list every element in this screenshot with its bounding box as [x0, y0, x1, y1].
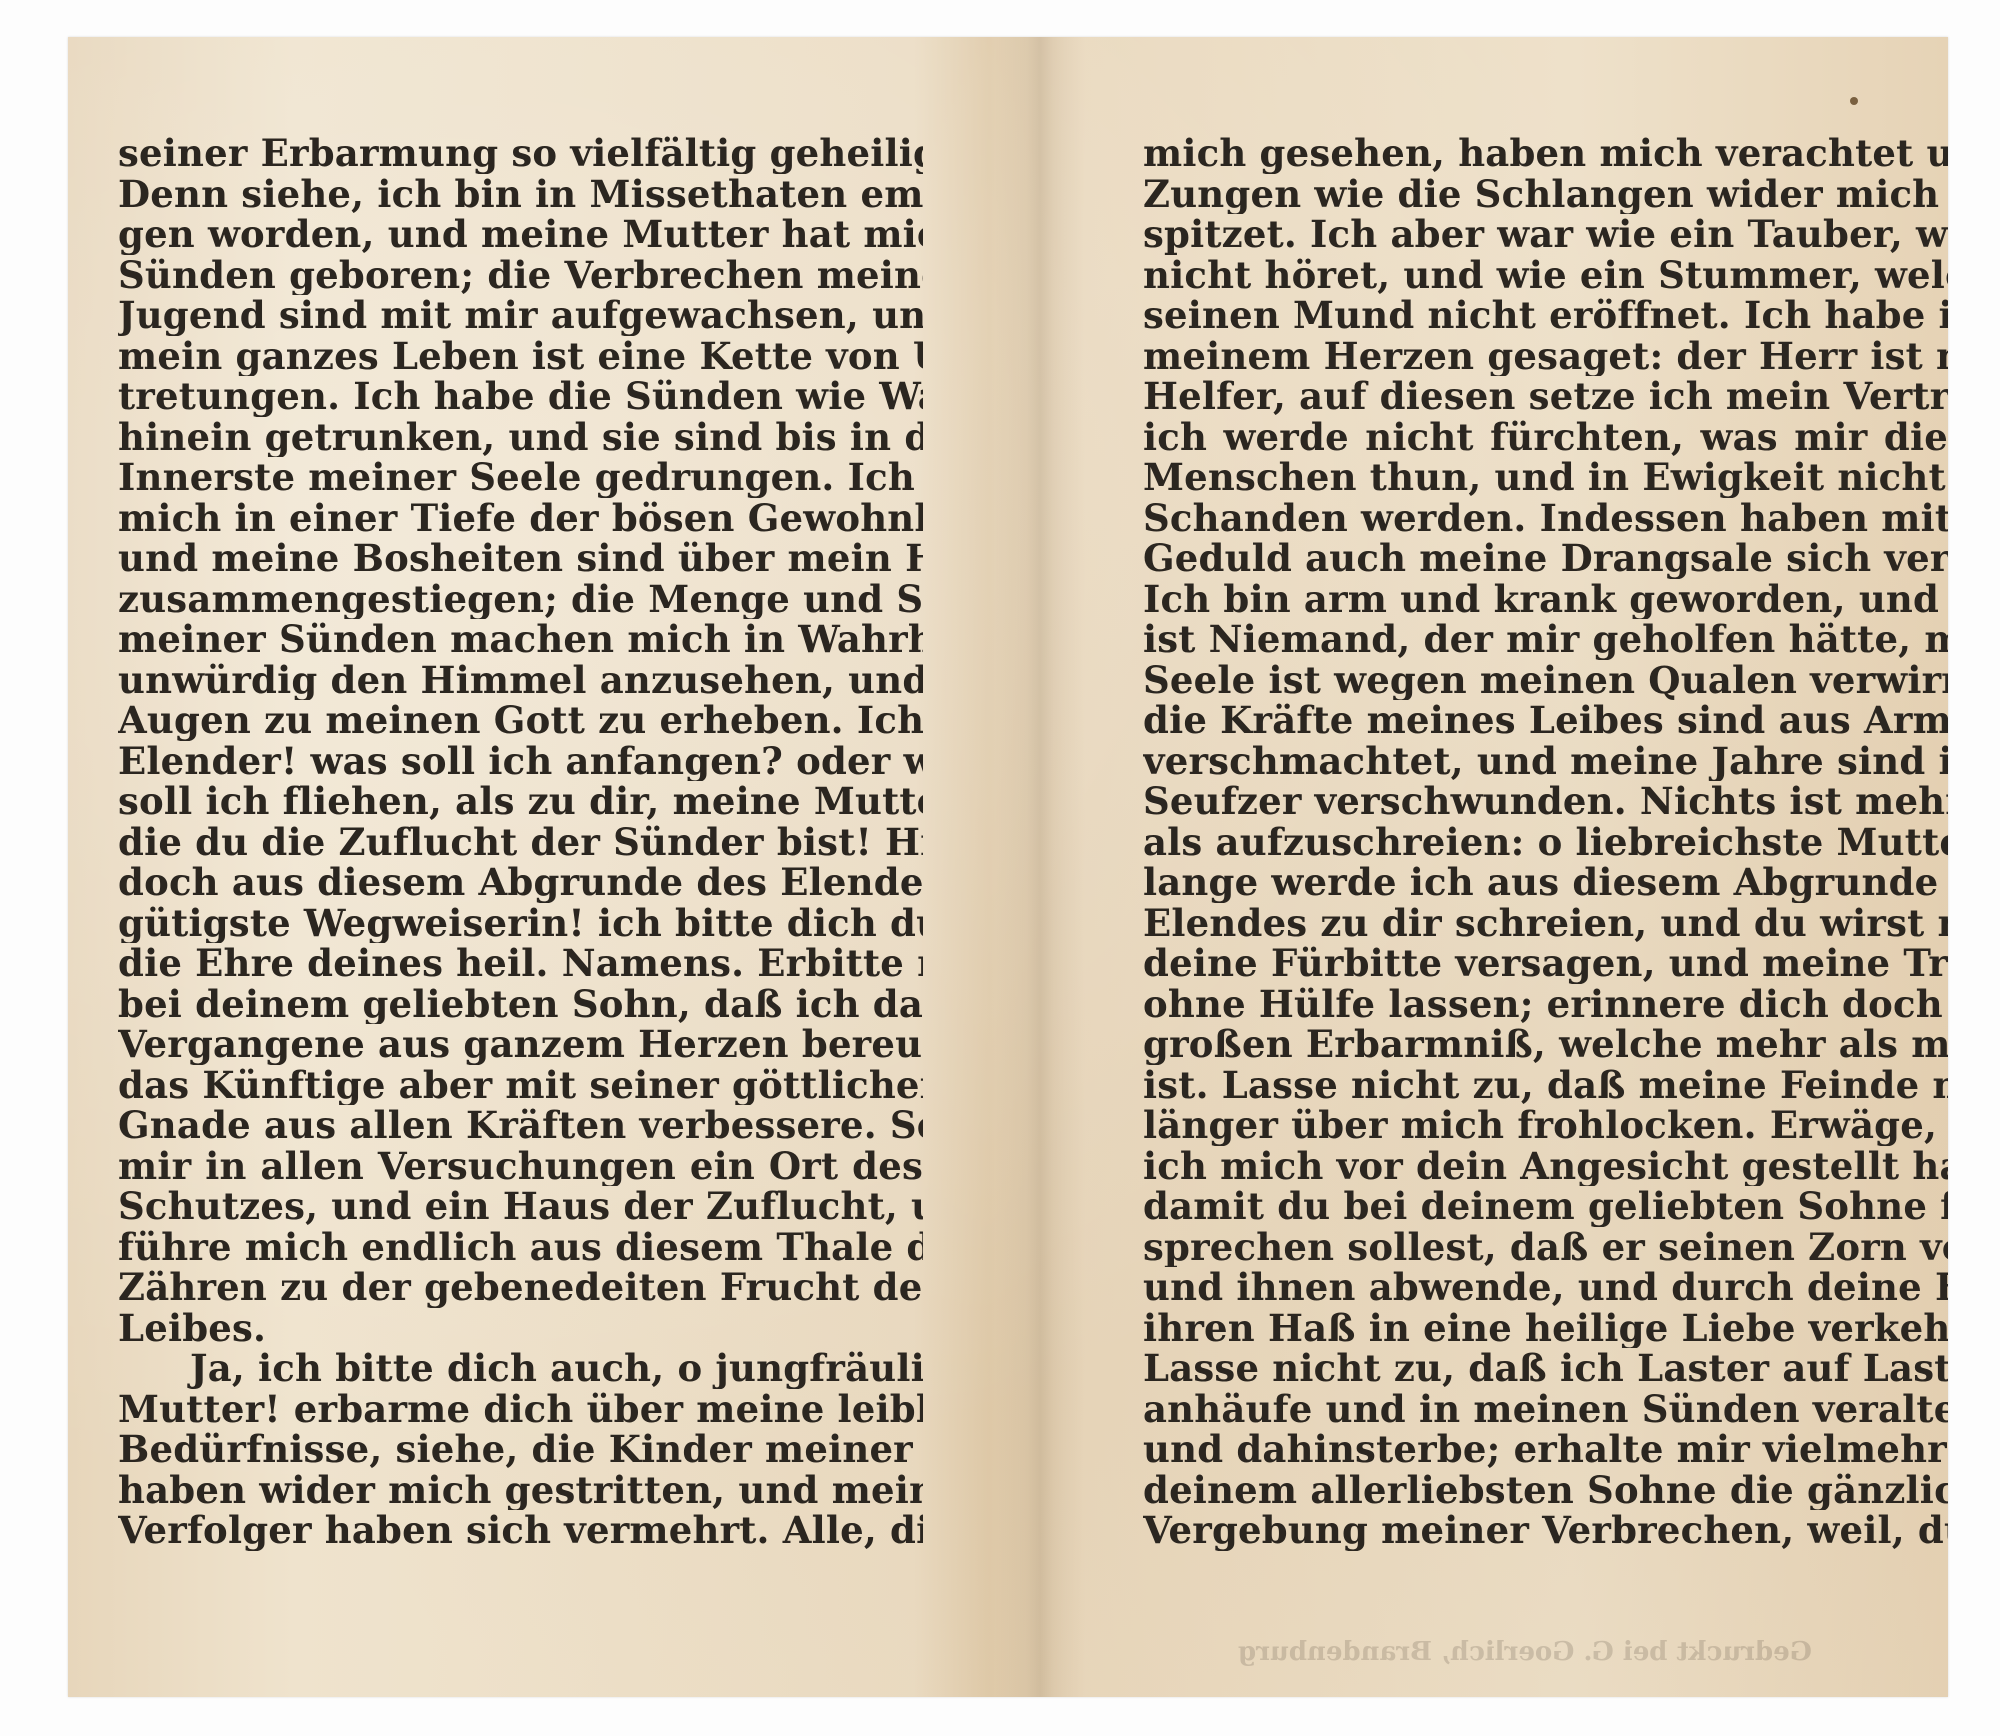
text-line: Ich bin arm und krank geworden, und es	[1143, 579, 1948, 620]
text-line: länger über mich frohlocken. Erwäge, daß	[1143, 1105, 1948, 1146]
text-line: mich in einer Tiefe der bösen Gewohnheit…	[118, 498, 923, 539]
text-line: ich werde nicht fürchten, was mir die	[1143, 417, 1948, 458]
text-line: Seele ist wegen meinen Qualen verwirret,	[1143, 660, 1948, 701]
text-line: ich mich vor dein Angesicht gestellt hab…	[1143, 1146, 1948, 1187]
text-line: tretungen. Ich habe die Sünden wie Wasse…	[118, 376, 923, 417]
text-line: und dahinsterbe; erhalte mir vielmehr be…	[1143, 1429, 1948, 1470]
text-line: ist. Lasse nicht zu, daß meine Feinde no…	[1143, 1065, 1948, 1106]
text-line: bei deinem geliebten Sohn, daß ich das	[118, 984, 923, 1025]
text-line: sprechen sollest, daß er seinen Zorn von…	[1143, 1227, 1948, 1268]
text-line: deinem allerliebsten Sohne die gänzliche	[1143, 1470, 1948, 1511]
text-line: großen Erbarmniß, welche mehr als mütter…	[1143, 1024, 1948, 1065]
text-line: Zungen wie die Schlangen wider mich ge=	[1143, 174, 1948, 215]
text-line: die Kräfte meines Leibes sind aus Armuth	[1143, 700, 1948, 741]
text-line: haben wider mich gestritten, und meine	[118, 1470, 923, 1511]
text-line: seiner Erbarmung so vielfältig geheiligt…	[118, 133, 923, 174]
text-line: Mutter! erbarme dich über meine leiblich…	[118, 1389, 923, 1430]
scanned-document-sheet: seiner Erbarmung so vielfältig geheiligt…	[68, 37, 1948, 1697]
text-line: mir in allen Versuchungen ein Ort des	[118, 1146, 923, 1187]
text-line: ohne Hülfe lassen; erinnere dich doch de…	[1143, 984, 1948, 1025]
text-line: Vergangene aus ganzem Herzen bereue,	[118, 1024, 923, 1065]
ink-spot	[1850, 97, 1858, 105]
text-line: Elendes zu dir schreien, und du wirst mi…	[1143, 903, 1948, 944]
text-line: Leibes.	[118, 1308, 923, 1349]
text-line: Schutzes, und ein Haus der Zuflucht, und	[118, 1186, 923, 1227]
text-line: Denn siehe, ich bin in Missethaten empfa…	[118, 174, 923, 215]
text-line: doch aus diesem Abgrunde des Elendes, o	[118, 862, 923, 903]
show-through-imprint: Gedruckt bei G. Goerlich, Brandenburg	[1238, 1637, 1812, 1667]
text-line: damit du bei deinem geliebten Sohne für=	[1143, 1186, 1948, 1227]
text-line: gen worden, und meine Mutter hat mich in	[118, 214, 923, 255]
text-line: mich gesehen, haben mich verachtet und i…	[1143, 133, 1948, 174]
text-line: Bedürfnisse, siehe, die Kinder meiner Mu…	[118, 1429, 923, 1470]
text-line: Vergebung meiner Verbrechen, weil, du di…	[1143, 1510, 1948, 1551]
text-line: Sünden geboren; die Verbrechen meiner	[118, 255, 923, 296]
text-line: Geduld auch meine Drangsale sich vermehr…	[1143, 538, 1948, 579]
text-line: verschmachtet, und meine Jahre sind in	[1143, 741, 1948, 782]
text-line: nicht höret, und wie ein Stummer, welche…	[1143, 255, 1948, 296]
text-line: ihren Haß in eine heilige Liebe verkehre…	[1143, 1308, 1948, 1349]
text-line: Zähren zu der gebenedeiten Frucht deines	[118, 1267, 923, 1308]
text-line: zusammengestiegen; die Menge und Schwere	[118, 579, 923, 620]
text-line: spitzet. Ich aber war wie ein Tauber, we…	[1143, 214, 1948, 255]
text-line: die du die Zuflucht der Sünder bist! Hil…	[118, 822, 923, 863]
text-line: Elender! was soll ich anfangen? oder woh…	[118, 741, 923, 782]
text-line: meiner Sünden machen mich in Wahrheit	[118, 619, 923, 660]
right-page-text-column: mich gesehen, haben mich verachtet und i…	[1143, 133, 1948, 1551]
text-line: Menschen thun, und in Ewigkeit nicht zu	[1143, 457, 1948, 498]
text-line: und ihnen abwende, und durch deine Fürbi…	[1143, 1267, 1948, 1308]
text-line: meinem Herzen gesaget: der Herr ist mein	[1143, 336, 1948, 377]
text-line: Lasse nicht zu, daß ich Laster auf Laste…	[1143, 1348, 1948, 1389]
text-line: Ja, ich bitte dich auch, o jungfräuliche	[118, 1348, 923, 1389]
text-line: mein ganzes Leben ist eine Kette von Ueb…	[118, 336, 923, 377]
center-fold	[995, 37, 1085, 1697]
text-line: soll ich fliehen, als zu dir, meine Mutt…	[118, 781, 923, 822]
text-line: Seufzer verschwunden. Nichts ist mehr üb…	[1143, 781, 1948, 822]
text-line: Gnade aus allen Kräften verbessere. Sei	[118, 1105, 923, 1146]
text-line: Verfolger haben sich vermehrt. Alle, die	[118, 1510, 923, 1551]
text-line: Jugend sind mit mir aufgewachsen, und	[118, 295, 923, 336]
text-line: gütigste Wegweiserin! ich bitte dich dur…	[118, 903, 923, 944]
text-line: Augen zu meinen Gott zu erheben. Ich	[118, 700, 923, 741]
text-line: anhäufe und in meinen Sünden veralte	[1143, 1389, 1948, 1430]
text-line: unwürdig den Himmel anzusehen, und meine	[118, 660, 923, 701]
text-line: die Ehre deines heil. Namens. Erbitte mi…	[118, 943, 923, 984]
fold-tear	[1056, 1717, 1066, 1736]
text-line: lange werde ich aus diesem Abgrunde mein…	[1143, 862, 1948, 903]
text-line: das Künftige aber mit seiner göttlichen	[118, 1065, 923, 1106]
text-line: als aufzuschreien: o liebreichste Mutter…	[1143, 822, 1948, 863]
text-line: deine Fürbitte versagen, und meine Trübs…	[1143, 943, 1948, 984]
text-line: hinein getrunken, und sie sind bis in da…	[118, 417, 923, 458]
text-line: und meine Bosheiten sind über mein Haupt	[118, 538, 923, 579]
text-line: Helfer, auf diesen setze ich mein Vertra…	[1143, 376, 1948, 417]
text-line: führe mich endlich aus diesem Thale der	[118, 1227, 923, 1268]
text-line: Innerste meiner Seele gedrungen. Ich bef…	[118, 457, 923, 498]
text-line: seinen Mund nicht eröffnet. Ich habe in	[1143, 295, 1948, 336]
text-line: ist Niemand, der mir geholfen hätte, mei…	[1143, 619, 1948, 660]
text-line: Schanden werden. Indessen haben mit mein…	[1143, 498, 1948, 539]
left-page-text-column: seiner Erbarmung so vielfältig geheiligt…	[118, 133, 923, 1551]
